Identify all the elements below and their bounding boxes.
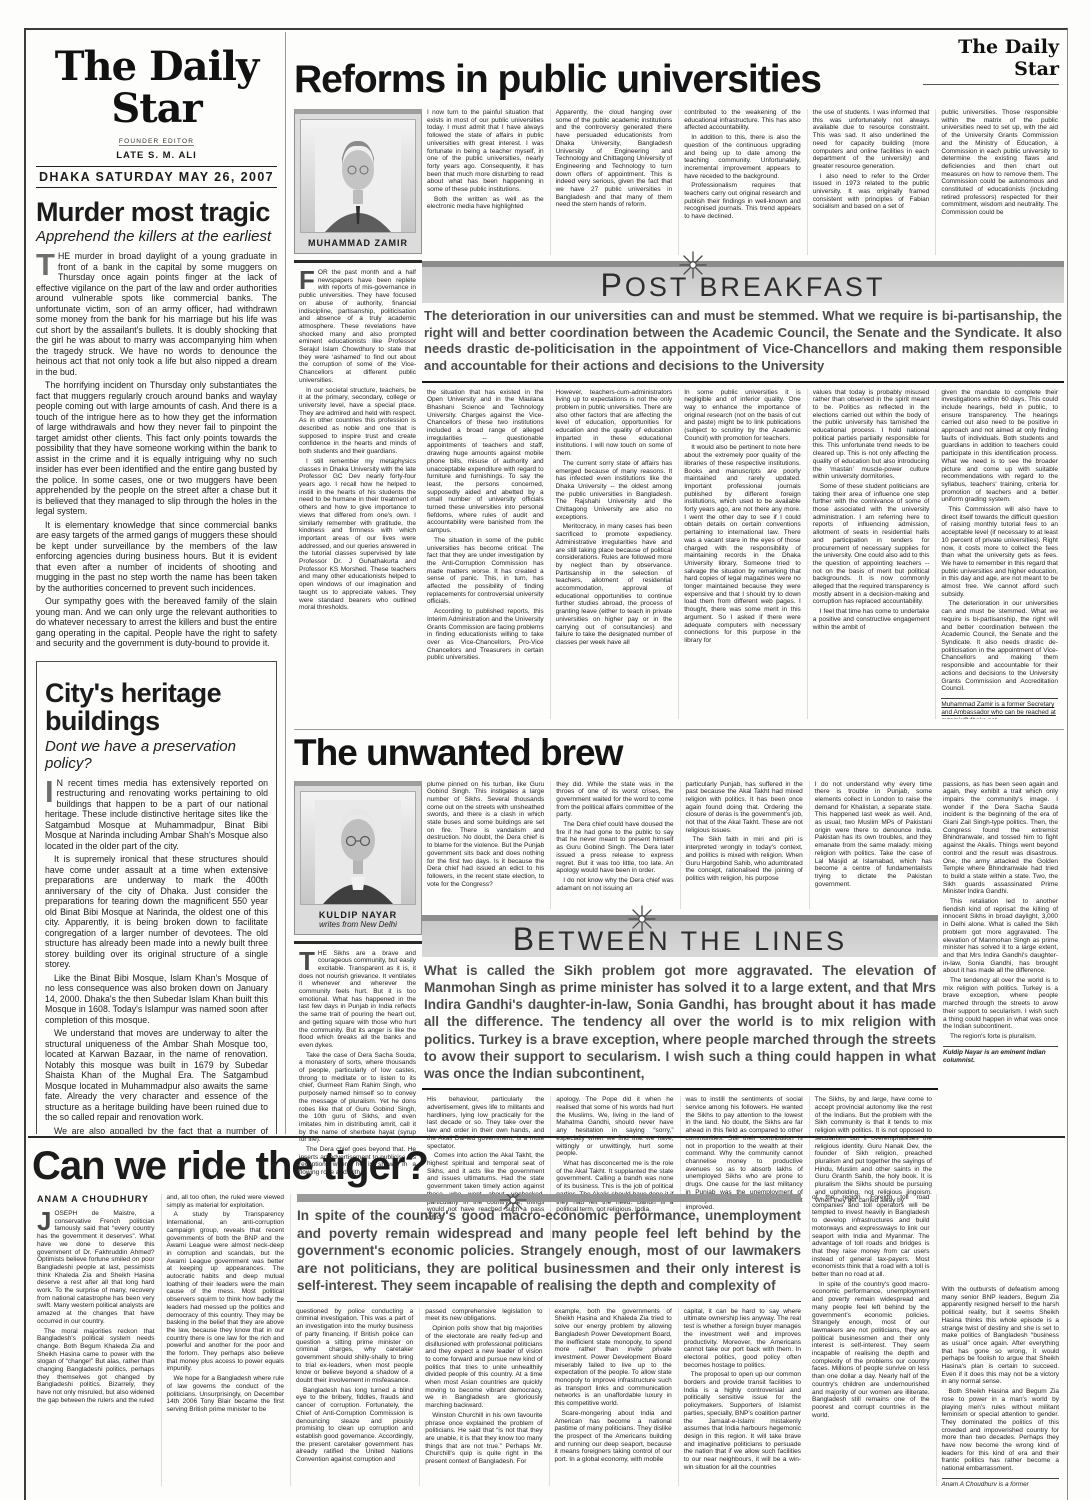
paragraph: FOR the past month and a half newspapers… xyxy=(299,269,416,385)
tiger-standfirst: In spite of the country's good macro-eco… xyxy=(297,1202,801,1302)
post-breakfast-banner: POST BREAKFAST xyxy=(422,261,1064,303)
banner-title: POST BREAKFAST xyxy=(422,267,1064,305)
article-title: The unwanted brew xyxy=(294,734,1064,771)
article-title: Can we ride the tiger? xyxy=(32,1146,1065,1186)
reforms-intro-col-4: the use of students. I was informed that… xyxy=(808,109,937,255)
paragraph: Apparently, the cloud hanging over some … xyxy=(556,109,673,209)
paragraph: contributed to the weakening of the educ… xyxy=(684,109,801,132)
paragraph: questioned by police conducting a crimin… xyxy=(296,1308,413,1385)
paragraph: passed comprehensive legislation to meet… xyxy=(425,1308,542,1323)
tiger-middle: In spite of the country's good macro-eco… xyxy=(291,1194,807,1486)
reforms-intro-col-1: I now turn to the painful situation that… xyxy=(422,109,551,255)
paragraph: Professionalism requires that teachers c… xyxy=(684,182,801,221)
paragraph: In spite of the country's good macro-eco… xyxy=(812,1281,930,1420)
dateline: DHAKA SATURDAY MAY 26, 2007 xyxy=(36,166,277,188)
editorial-subtitle: Dont we have a preservation policy? xyxy=(45,738,268,772)
kuldip-nayar-photo xyxy=(300,791,416,905)
paragraph: It would also be pertinent to note here … xyxy=(684,444,801,644)
paragraph: The current sorry state of affairs has e… xyxy=(556,460,673,522)
tiger-column-5: example, both the governments of Sheikh … xyxy=(550,1308,679,1486)
tiger-column-8: With the outbursts of defeatism among ma… xyxy=(937,1194,1066,1486)
paragraph: In some public universities it is neglig… xyxy=(684,389,801,443)
paragraph: values that today is probably misused ra… xyxy=(813,389,930,481)
paragraph: I feel that time has come to undertake a… xyxy=(813,608,930,631)
paragraph: With the outbursts of defeatism among ma… xyxy=(942,1286,1060,1386)
reforms-column-6-text: given the mandate to complete their inve… xyxy=(941,389,1058,693)
divider xyxy=(294,941,422,944)
paragraph: The region's forte is pluralism. xyxy=(943,1033,1058,1041)
reforms-body-columns: the situation that has existed in the Op… xyxy=(422,389,1064,719)
reforms-column-5: values that today is probably misused ra… xyxy=(808,389,937,719)
article-reforms: Reforms in public universities xyxy=(294,60,1064,719)
paragraph: The tendency all over the world is to mi… xyxy=(943,977,1058,1031)
reforms-intro-columns: I now turn to the painful situation that… xyxy=(422,109,1064,255)
paragraph: THE murder in broad daylight of a young … xyxy=(36,251,277,377)
masthead-logo: The Daily Star xyxy=(36,46,277,130)
brew-column-5: I do not understand why every time there… xyxy=(810,781,938,909)
reforms-column-2: the situation that has existed in the Op… xyxy=(422,389,551,719)
article-title: Reforms in public universities xyxy=(294,60,1064,99)
paragraph: Winston Churchill in his own favourite p… xyxy=(425,1412,542,1466)
paragraph: The Dera chief could have doused the fir… xyxy=(556,821,673,875)
photo-caption: KULDIP NAYAR xyxy=(300,910,416,920)
paragraph: Our sympathy goes with the bereaved fami… xyxy=(36,596,277,649)
reforms-intro-col-2: Apparently, the cloud hanging over some … xyxy=(551,109,680,255)
reforms-intro-col-3: contributed to the weakening of the educ… xyxy=(679,109,808,255)
reforms-column-4: In some public universities it is neglig… xyxy=(679,389,808,719)
paragraph: JOSEPH de Maistre, a conservative French… xyxy=(37,1210,155,1326)
byline-location: writes from New Delhi xyxy=(300,920,416,929)
editorial-rail: The Daily Star FOUNDER EDITOR LATE S. M.… xyxy=(28,32,286,1134)
tiger-column-8-text: With the outbursts of defeatism among ma… xyxy=(942,1286,1060,1473)
founder-editor-name: LATE S. M. ALI xyxy=(36,150,277,161)
paragraph: Meritocracy, in many cases has been sacr… xyxy=(556,523,673,646)
newspaper-page: The Daily Star The Daily Star FOUNDER ED… xyxy=(0,0,1091,1500)
paragraph: We hope for a Bangladesh where rule of l… xyxy=(167,1375,285,1414)
paragraph: The moral majorities reckon that Banglad… xyxy=(37,1328,155,1405)
paragraph: passions, as has been seen again and aga… xyxy=(943,781,1058,897)
reforms-standfirst: The deterioration in our universities ca… xyxy=(422,303,1064,383)
paragraph: Opinion polls show that big majorities o… xyxy=(425,1325,542,1410)
tiger-column-7: of the region. Foreign toll road compani… xyxy=(807,1194,937,1486)
paragraph: Take the case of Dera Sacha Souda, a mon… xyxy=(299,1052,416,1144)
paragraph: plume pinned on his turban, like Guru Go… xyxy=(427,781,544,889)
paragraph: the situation that has existed in the Op… xyxy=(427,389,544,535)
byline: ANAM A CHOUDHURY xyxy=(37,1194,155,1204)
paragraph: The Sikh faith in miri and piri is inter… xyxy=(686,836,803,882)
author-column: MUHAMMAD ZAMIR FOR the past month and a … xyxy=(294,109,422,719)
tiger-column-3: questioned by police conducting a crimin… xyxy=(291,1308,420,1486)
editorial-body: IN recent times media has extensively re… xyxy=(45,778,268,1134)
paragraph: Some of these student politicians are ta… xyxy=(813,483,930,606)
divider xyxy=(294,260,422,263)
tiger-column-4: passed comprehensive legislation to meet… xyxy=(420,1308,549,1486)
portrait-illustration xyxy=(315,800,401,904)
paragraph: I also need to refer to the Order issued… xyxy=(813,173,930,212)
editorial-heritage: City's heritage buildings Dont we have a… xyxy=(36,661,277,1134)
reforms-intro-col-5: public universities. Those responsible w… xyxy=(936,109,1064,255)
reforms-column-6: given the mandate to complete their inve… xyxy=(936,389,1064,719)
reforms-column-1: FOR the past month and a half newspapers… xyxy=(294,269,422,657)
portrait-illustration xyxy=(315,128,401,232)
brew-column-4: particularly Punjab, has suffered in the… xyxy=(681,781,810,909)
reforms-column-3: However, teachers-cum-administrators liv… xyxy=(551,389,680,719)
tiger-standfirst-block: In spite of the country's good macro-eco… xyxy=(297,1194,801,1302)
founder-editor-label: FOUNDER EDITOR xyxy=(119,138,194,146)
editorial-subtitle: Apprehend the killers at the earliest xyxy=(36,228,277,245)
paragraph: of the region. Foreign toll road compani… xyxy=(812,1194,930,1279)
paragraph: We are also appalled by the fact that a … xyxy=(45,1126,268,1134)
tiger-column-1-text: JOSEPH de Maistre, a conservative French… xyxy=(37,1210,155,1405)
paragraph: We understand that moves are underway to… xyxy=(45,1028,268,1123)
paragraph: given the mandate to complete their inve… xyxy=(941,389,1058,505)
paragraph: It is elementary knowledge that since co… xyxy=(36,520,277,594)
paragraph: public universities. Those responsible w… xyxy=(941,109,1058,217)
starburst-icon xyxy=(679,251,707,284)
paragraph: According to published reports, this Int… xyxy=(427,608,544,662)
paragraph: Both Sheikh Hasina and Begum Zia rose to… xyxy=(942,1388,1060,1473)
paragraph: However, teachers-cum-administrators liv… xyxy=(556,389,673,458)
paragraph: Both the written as well as the electron… xyxy=(427,196,544,211)
main-area: Reforms in public universities xyxy=(294,60,1064,1242)
paragraph: A study by Transparency International, a… xyxy=(167,1211,285,1373)
article-tiger: Can we ride the tiger? ANAM A CHOUDHURY … xyxy=(28,1136,1065,1500)
paragraph: Bangladesh has long turned a blind eye t… xyxy=(296,1387,413,1464)
paragraph: example, both the governments of Sheikh … xyxy=(555,1308,672,1408)
muhammad-zamir-photo xyxy=(300,119,416,233)
brew-top-columns: plume pinned on his turban, like Guru Go… xyxy=(422,781,938,909)
paragraph: It is supremely ironical that these stru… xyxy=(45,854,268,970)
paragraph: and, all too often, the ruled were viewe… xyxy=(167,1194,285,1209)
paragraph: I do not understand why every time there… xyxy=(815,781,932,889)
paragraph: IN recent times media has extensively re… xyxy=(45,778,268,852)
article-footer: Muhammad Zamir is a former Secretary and… xyxy=(941,698,1058,719)
between-the-lines-banner: BETWEEN THE LINES xyxy=(422,915,938,957)
paragraph: capital, it can be hard to say where ult… xyxy=(684,1308,801,1370)
editorial-title: Murder most tragic xyxy=(36,198,277,226)
paragraph: they did. While the state was in the thr… xyxy=(556,781,673,820)
brew-standfirst: What is called the Sikh problem got more… xyxy=(422,957,938,1091)
paragraph: I still remember my metaphysics classes … xyxy=(299,458,416,612)
paragraph: THE Sikhs are a brave and courageous com… xyxy=(299,950,416,1050)
article-footer: Anam A Choudhury is a former investment … xyxy=(942,1478,1060,1486)
brew-column-3: they did. While the state was in the thr… xyxy=(551,781,680,909)
editorial-body: THE murder in broad daylight of a young … xyxy=(36,251,277,649)
editorial-murder: Murder most tragic Apprehend the killers… xyxy=(36,198,277,649)
tiger-middle-columns: questioned by police conducting a crimin… xyxy=(291,1308,807,1486)
paragraph: The deterioration in our universities ca… xyxy=(941,600,1058,692)
author-photo-box: MUHAMMAD ZAMIR xyxy=(294,109,422,254)
brew-column-2: plume pinned on his turban, like Guru Go… xyxy=(422,781,551,909)
article-footer: Kuldip Nayar is an eminent Indian column… xyxy=(943,1046,1058,1065)
paragraph: In our societal structure, teachers, be … xyxy=(299,387,416,456)
paragraph: I now turn to the painful situation that… xyxy=(427,109,544,194)
paragraph: the use of students. I was informed that… xyxy=(813,109,930,171)
paragraph: Scare-mongering about India and American… xyxy=(555,1410,672,1464)
author-photo-box: KULDIP NAYAR writes from New Delhi xyxy=(294,781,422,935)
photo-caption: MUHAMMAD ZAMIR xyxy=(300,238,416,248)
masthead: The Daily Star FOUNDER EDITOR LATE S. M.… xyxy=(36,36,277,188)
paragraph: The situation in some of the public univ… xyxy=(427,537,544,606)
tiger-column-6: capital, it can be hard to say where ult… xyxy=(679,1308,807,1486)
tiger-column-2: and, all too often, the ruled were viewe… xyxy=(162,1194,292,1486)
paragraph: particularly Punjab, has suffered in the… xyxy=(686,781,803,835)
paragraph: The horrifying incident on Thursday only… xyxy=(36,380,277,517)
paragraph: I do not know why the Dera chief was ada… xyxy=(556,877,673,892)
paragraph: Like the Binat Bibi Mosque, Islam Khan's… xyxy=(45,973,268,1026)
tiger-column-1: ANAM A CHOUDHURY JOSEPH de Maistre, a co… xyxy=(32,1194,162,1486)
brew-column-6-text: passions, as has been seen again and aga… xyxy=(943,781,1058,1041)
paragraph: This Commission will also have to direct… xyxy=(941,506,1058,598)
paragraph: The proposal to open up our common borde… xyxy=(684,1371,801,1471)
reforms-right: I now turn to the painful situation that… xyxy=(422,109,1064,719)
paragraph: In addition to this, there is also the q… xyxy=(684,134,801,180)
starburst-icon xyxy=(499,1194,527,1219)
editorial-title: City's heritage buildings xyxy=(45,679,268,736)
banner-title: BETWEEN THE LINES xyxy=(422,921,938,959)
starburst-icon xyxy=(628,905,656,938)
paragraph: This retaliation led to another fiendish… xyxy=(943,898,1058,975)
